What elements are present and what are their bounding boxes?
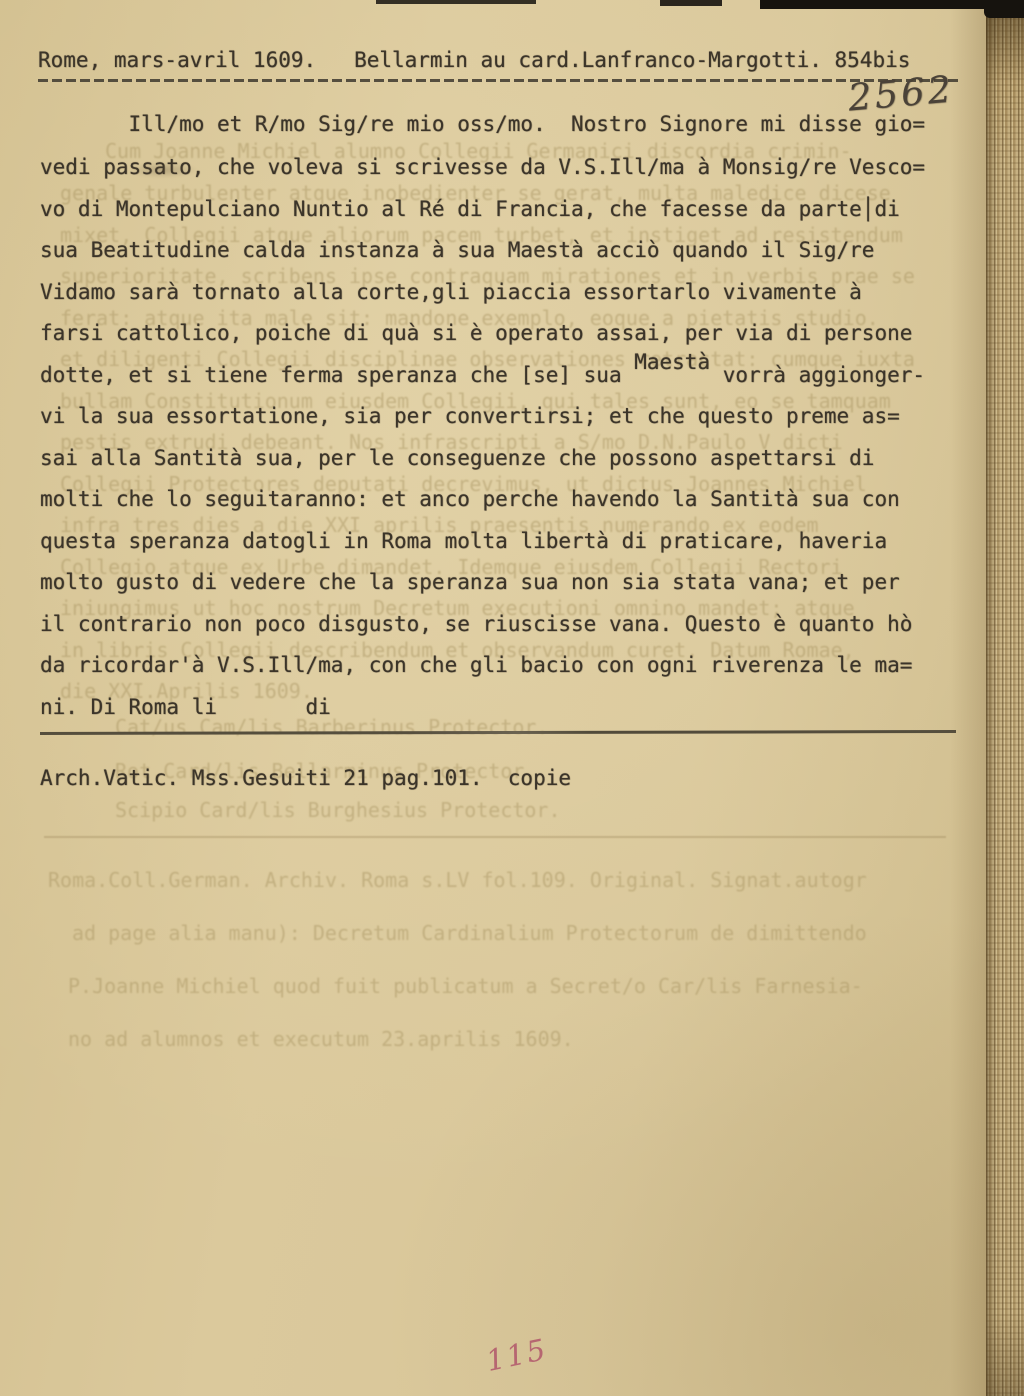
- body-line: vo di Montepulciano Nuntio al Ré di Fran…: [40, 197, 900, 221]
- bleedthrough-line: Cat/us Cam/lis Barberinus Protector.: [115, 716, 548, 739]
- source-citation: Arch.Vatic. Mss.Gesuiti 21 pag.101. copi…: [40, 766, 571, 790]
- body-line: il contrario non poco disgusto, se riusc…: [40, 612, 912, 636]
- body-line: questa speranza datogli in Roma molta li…: [40, 529, 887, 553]
- body-line: sai alla Santità sua, per le conseguenze…: [40, 446, 874, 470]
- body-line: da ricordar'à V.S.Ill/ma, con che gli ba…: [40, 653, 912, 677]
- bleedthrough-rule: [44, 836, 946, 838]
- document-heading: Rome, mars-avril 1609. Bellarmin au card…: [38, 48, 910, 72]
- page-curvature-shadow: [950, 0, 986, 1396]
- body-line: sua Beatitudine calda instanza à sua Mae…: [40, 238, 874, 262]
- bleedthrough-line: ad page alia manu): Decretum Cardinalium…: [72, 922, 867, 945]
- superscript-insertion: Maestà: [634, 350, 710, 374]
- dashed-underline: [38, 79, 958, 82]
- bleedthrough-line: Roma.Coll.German. Archiv. Roma s.LV fol.…: [48, 869, 867, 892]
- body-line: ni. Di Roma li di: [40, 695, 331, 719]
- folio-number-red: 115: [483, 1332, 550, 1378]
- scan-edge-corner: [984, 0, 1024, 18]
- bleedthrough-line: Scipio Card/lis Burghesius Protector.: [115, 799, 561, 822]
- body-line: dotte, et si tiene ferma speranza che [s…: [40, 363, 925, 387]
- body-line: farsi cattolico, poiche di quà si è oper…: [40, 321, 912, 345]
- scan-edge-top: [376, 0, 536, 4]
- ink-smudge: [128, 162, 198, 178]
- book-fore-edge: [986, 0, 1024, 1396]
- scan-edge-top: [660, 0, 722, 6]
- body-line: vi la sua essortatione, sia per converti…: [40, 404, 900, 428]
- bleedthrough-line: P.Joanne Michiel quod fuit publicatum a …: [68, 975, 863, 998]
- body-line: molti che lo seguitaranno: et anco perch…: [40, 487, 900, 511]
- body-line: Ill/mo et R/mo Sig/re mio oss/mo. Nostro…: [40, 112, 925, 136]
- bleedthrough-line: no ad alumnos et executum 23.aprilis 160…: [68, 1028, 574, 1051]
- body-line: molto gusto di vedere che la speranza su…: [40, 570, 900, 594]
- scanned-page: Cum Joanne Michiel alumno Collegii Germa…: [0, 0, 1024, 1396]
- body-line: Vidamo sarà tornato alla corte,gli piacc…: [40, 280, 862, 304]
